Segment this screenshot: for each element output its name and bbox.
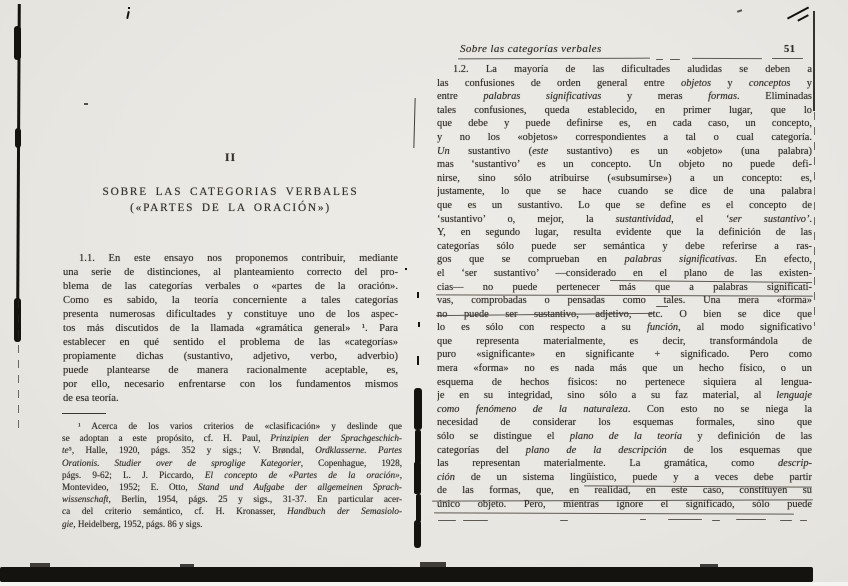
text-line: 1.2. La mayoría de las dificultades alud…: [437, 63, 812, 77]
chapter-title-line1: SOBRE LAS CATEGORIAS VERBALES: [43, 186, 418, 198]
ink-speck: [737, 9, 742, 12]
pencil-dash: [670, 59, 680, 60]
pencil-dash: [712, 520, 720, 521]
left-page-footnote: ¹ Acerca de los varios criterios de «cla…: [62, 420, 402, 530]
text-line: gos que se comprueban en palabras signif…: [437, 253, 812, 267]
text-line: ca del criterio semántico, cf. H. Kronas…: [62, 505, 402, 517]
text-line: tales confusiones, queda establecido, en…: [437, 104, 812, 118]
left-page-paragraph: 1.1. En este ensayo nos proponemos contr…: [63, 252, 398, 406]
text-line: wissenschaft, Berlin, 1954, págs. 25 y s…: [62, 493, 402, 505]
text-line: sólo se distingue el plano de la teoría …: [437, 430, 812, 444]
pencil-dash: [800, 520, 807, 521]
running-header: Sobre las categorías verbales: [460, 43, 602, 55]
pencil-dash: [463, 520, 488, 521]
gutter-ink-blob: [415, 430, 421, 464]
text-line: tos más discutidos de la llamada «gramát…: [63, 322, 398, 336]
text-line: puede plantearse de manera racionalmente…: [63, 364, 398, 378]
gutter-speck: [417, 292, 419, 298]
text-line: nirse, sino sólo atribuirse («subsumirse…: [437, 172, 812, 186]
ink-speck: [84, 103, 88, 105]
page-edge-line-fade: [814, 112, 815, 326]
text-line: mera «forma» no es nada más que un hecho…: [437, 362, 812, 376]
pen-stroke: [797, 14, 808, 21]
bottom-scan-band: [0, 567, 813, 582]
pencil-dash: [668, 519, 702, 520]
bottom-band-speck: [30, 563, 50, 567]
text-line: de esa teoría.: [63, 392, 398, 406]
pencil-dash: [780, 520, 792, 521]
text-line: presenta numerosas dificultades y consti…: [63, 308, 398, 322]
scan-bottom-margin: [0, 582, 848, 586]
text-line: blema de las categorías verbales o «part…: [63, 280, 398, 294]
text-line: y no los «objetos» correspondientes a ta…: [437, 131, 812, 145]
text-line: justamente, lo que se hace cuando se dic…: [437, 185, 812, 199]
text-line: esquema de hechos físicos: no pertenece …: [437, 376, 812, 390]
text-line: categorías sólo puede ser semántica y de…: [437, 240, 812, 254]
footnote-rule: [62, 413, 106, 414]
text-line: je en su integridad, sino sólo a su faz …: [437, 389, 812, 403]
gutter-speck: [418, 322, 420, 327]
gutter-ink-blob: [414, 520, 421, 548]
text-line: lo es sólo con respecto a su función, al…: [437, 321, 812, 335]
text-line: gie, Heidelberg, 1952, págs. 86 y sigs.: [62, 518, 402, 530]
text-line: que representa materialmente, es decir, …: [437, 335, 812, 349]
scan-edge-strip-fade: [18, 300, 19, 432]
pencil-underline-header: [692, 58, 762, 60]
pencil-dash: [640, 519, 646, 520]
text-line: el ‘ser sustantivo’ —considerado en el p…: [437, 267, 812, 281]
text-line: 1.1. En este ensayo nos proponemos contr…: [63, 252, 398, 266]
bottom-band-speck: [700, 564, 718, 567]
pencil-dash: [560, 520, 568, 521]
text-line: te⁵, Halle, 1920, págs. 352 y sigs.; V. …: [62, 444, 402, 456]
text-line: por ello, necesario enfrentarse con los …: [63, 378, 398, 392]
text-line: puro «significante» en significante + si…: [437, 348, 812, 362]
text-line: Un sustantivo (este sustantivo) es un «o…: [437, 145, 812, 159]
text-line: Como es sabido, la teoría concerniente a…: [63, 294, 398, 308]
text-line: las confusiones de orden general entre o…: [437, 77, 812, 91]
gutter-ink-blob: [416, 494, 421, 522]
text-line: cias— no puede pertenecer más que a pala…: [437, 281, 812, 295]
scan-edge-blob: [15, 128, 21, 148]
scanned-book-spread: II SOBRE LAS CATEGORIAS VERBALES («PARTE…: [0, 0, 848, 586]
gutter-speck: [417, 356, 419, 365]
text-line: establecer en qué sentido el problema de…: [63, 336, 398, 350]
pencil-dash: [656, 59, 663, 60]
gutter-ink-blob: [414, 462, 421, 494]
page-number: 51: [784, 44, 796, 55]
ink-speck: [128, 7, 130, 9]
pencil-dash: [438, 520, 456, 521]
text-line: entre palabras significativas y meras fo…: [437, 90, 812, 104]
ink-speck: [126, 11, 130, 19]
text-line: Y, en segundo lugar, resulta evidente qu…: [437, 226, 812, 240]
scan-edge-blob: [14, 26, 21, 60]
text-line: que es un sustantivo. Lo que se define e…: [437, 199, 812, 213]
pencil-underline: [434, 512, 794, 515]
text-line: ‘sustantivo’ o, mejor, la sustantividad,…: [437, 213, 812, 227]
text-line: Orationis. Studier over de sproglige Kat…: [62, 457, 402, 469]
text-line: ¹ Acerca de los varios criterios de «cla…: [62, 420, 402, 432]
chapter-title-line2: («PARTES DE LA ORACIÓN»): [43, 202, 418, 214]
text-line: necesidad de considerar los esquemas for…: [437, 416, 812, 430]
right-page-paragraph: 1.2. La mayoría de las dificultades alud…: [437, 63, 812, 512]
text-line: las representan materialmente. La gramát…: [437, 457, 812, 471]
pencil-underline-header: [458, 57, 650, 59]
bottom-band-speck: [420, 562, 446, 567]
text-line: una serie de distinciones, al planteamie…: [63, 266, 398, 280]
text-line: como fenómeno de la naturaleza. Con esto…: [437, 403, 812, 417]
gutter-line: [413, 98, 416, 148]
chapter-number: II: [63, 150, 398, 165]
text-line: mas ‘sustantivo’ es un concepto. Un obje…: [437, 158, 812, 172]
text-line: propiamente dichas (sustantivo, adjetivo…: [63, 350, 398, 364]
bottom-band-speck: [180, 564, 194, 567]
text-line: págs. 9-62; L. J. Piccardo, El concepto …: [62, 469, 402, 481]
text-line: ción de un sistema lingüístico, puede y …: [437, 471, 812, 485]
pencil-dash: [736, 519, 766, 520]
gutter-speck: [405, 268, 407, 270]
pen-stroke: [787, 6, 809, 19]
gutter-ink-blob: [414, 388, 422, 430]
page-edge-line: [813, 11, 815, 111]
pencil-underline-pagenum: [772, 58, 803, 59]
text-line: que debe y puede definirse es, en cada c…: [437, 117, 812, 131]
text-line: Montevideo, 1952; E. Otto, Stand und Auf…: [62, 481, 402, 493]
text-line: se adoptan a este propósito, cf. H. Paul…: [62, 432, 402, 444]
text-line: categorías del plano de la descripción d…: [437, 444, 812, 458]
